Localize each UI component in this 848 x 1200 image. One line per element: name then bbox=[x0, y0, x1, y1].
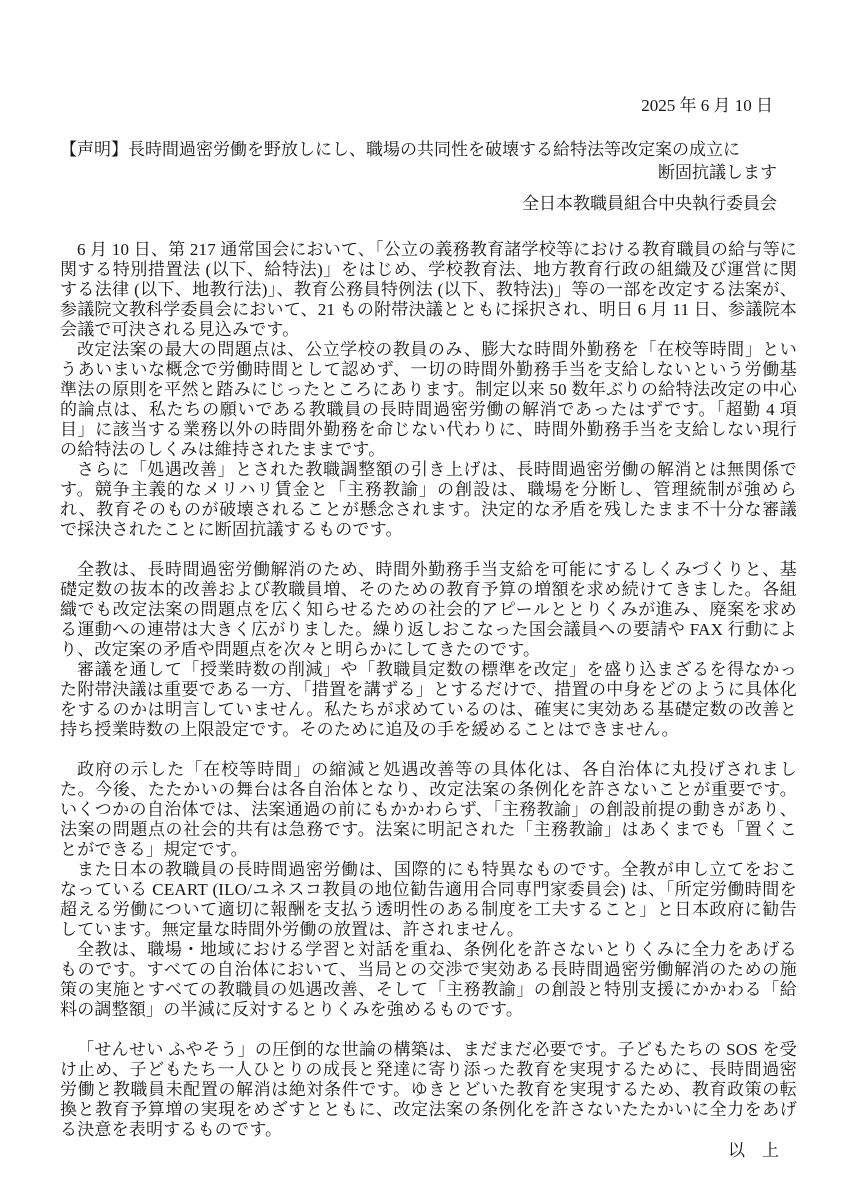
paragraph-8: 全教は、職場・地域における学習と対話を重ね、条例化を許さないとりくみに全力をあげ… bbox=[60, 940, 797, 1020]
document-title: 【声明】長時間過密労働を野放しにし、職場の共同性を破壊する給特法等改定案の成立に… bbox=[60, 138, 797, 184]
paragraph-7: また日本の教職員の長時間過密労働は、国際的にも特異なものです。全教が申し立てをお… bbox=[60, 860, 797, 940]
paragraph-6: 政府の示した「在校等時間」の縮減と処遇改善等の具体化は、各自治体に丸投げされまし… bbox=[60, 760, 797, 860]
document-author: 全日本教職員組合中央執行委員会 bbox=[60, 194, 797, 214]
document-title-line1: 【声明】長時間過密労働を野放しにし、職場の共同性を破壊する給特法等改定案の成立に bbox=[60, 138, 797, 161]
document-body: 6 月 10 日、第 217 通常国会において、「公立の義務教育諸学校等における… bbox=[60, 240, 797, 1140]
document-date: 2025 年 6 月 10 日 bbox=[60, 96, 797, 116]
paragraph-3: さらに「処遇改善」とされた教職調整額の引き上げは、長時間過密労働の解消とは無関係… bbox=[60, 460, 797, 540]
closing-statement: 以 上 bbox=[60, 1141, 797, 1161]
paragraph-5: 審議を通して「授業時数の削減」や「教職員定数の標準を改定」を盛り込まざるを得なか… bbox=[60, 660, 797, 740]
document-title-line2: 断固抗議します bbox=[60, 161, 797, 184]
paragraph-2: 改定法案の最大の問題点は、公立学校の教員のみ、膨大な時間外勤務を「在校等時間」と… bbox=[60, 340, 797, 460]
paragraph-1: 6 月 10 日、第 217 通常国会において、「公立の義務教育諸学校等における… bbox=[60, 240, 797, 340]
paragraph-9: 「せんせい ふやそう」の圧倒的な世論の構築は、まだまだ必要です。子どもたちの S… bbox=[60, 1040, 797, 1140]
paragraph-4: 全教は、長時間過密労働解消のため、時間外勤務手当支給を可能にするしくみづくりと、… bbox=[60, 560, 797, 660]
document-page: 2025 年 6 月 10 日 【声明】長時間過密労働を野放しにし、職場の共同性… bbox=[0, 0, 848, 1200]
